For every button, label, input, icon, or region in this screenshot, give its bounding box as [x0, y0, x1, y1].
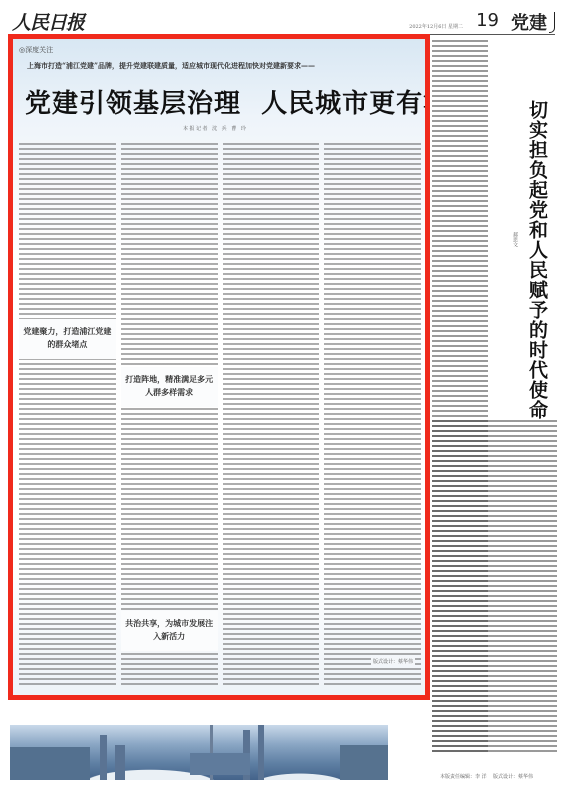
issue-date: 2022年12月6日 星期二 — [409, 23, 463, 30]
commentary-body-text-continued — [432, 420, 557, 755]
page-footer: 本版责任编辑：李 洋 版式设计：蔡华伟 — [440, 773, 533, 780]
skyscraper-shape — [115, 745, 125, 780]
page-number: 19 — [476, 10, 499, 31]
newspaper-masthead: 人民日报 2022年12月6日 星期二 19 党建 — [10, 6, 555, 35]
section-subhead: 共治共享，为城市发展注入新活力 — [121, 611, 218, 651]
section-bracket-decoration — [549, 12, 555, 33]
feature-article-box[interactable]: ◎深度关注 上海市打造“浦江党建”品牌，提升党建联建质量，适应城市现代化进程加快… — [8, 34, 430, 700]
skyline-cluster — [190, 753, 250, 775]
skyline-cluster — [340, 745, 388, 780]
article-subtitle: 上海市打造“浦江党建”品牌，提升党建联建质量，适应城市现代化进程加快对党建新要求… — [27, 61, 315, 71]
body-text — [19, 143, 116, 688]
section-subhead: 党建聚力，打造浦江党建的群众堵点 — [19, 319, 116, 359]
section-title: 党建 — [511, 9, 547, 35]
skyscraper-shape — [100, 735, 107, 780]
newspaper-logo: 人民日报 — [12, 8, 84, 35]
article-body-columns: 党建聚力，打造浦江党建的群众堵点 打造阵地，精准满足多元人群多样需求 共治共享，… — [19, 143, 421, 688]
body-text — [121, 143, 218, 688]
body-text — [223, 143, 320, 688]
body-text — [324, 143, 421, 688]
article-headline: 党建引领基层治理 人民城市更有温度 — [25, 83, 430, 120]
commentary-author: 郝思文 — [512, 232, 519, 247]
article-column-2: 打造阵地，精准满足多元人群多样需求 共治共享，为城市发展注入新活力 — [121, 143, 218, 688]
skyline-cluster — [10, 747, 90, 780]
commentary-title: 切实担负起党和人民赋予的时代使命 — [524, 100, 550, 420]
shanghai-skyline-photo — [10, 725, 388, 780]
article-kicker: ◎深度关注 — [19, 45, 53, 55]
article-column-4 — [324, 143, 421, 688]
article-column-1: 党建聚力，打造浦江党建的群众堵点 — [19, 143, 116, 688]
design-credit: 版式设计：蔡华伟 — [371, 658, 415, 665]
article-byline: 本报记者 沈 兵 曹 玲 — [183, 125, 247, 132]
article-column-3 — [223, 143, 320, 688]
skyscraper-shape — [258, 725, 264, 780]
section-subhead: 打造阵地，精准满足多元人群多样需求 — [121, 367, 218, 407]
